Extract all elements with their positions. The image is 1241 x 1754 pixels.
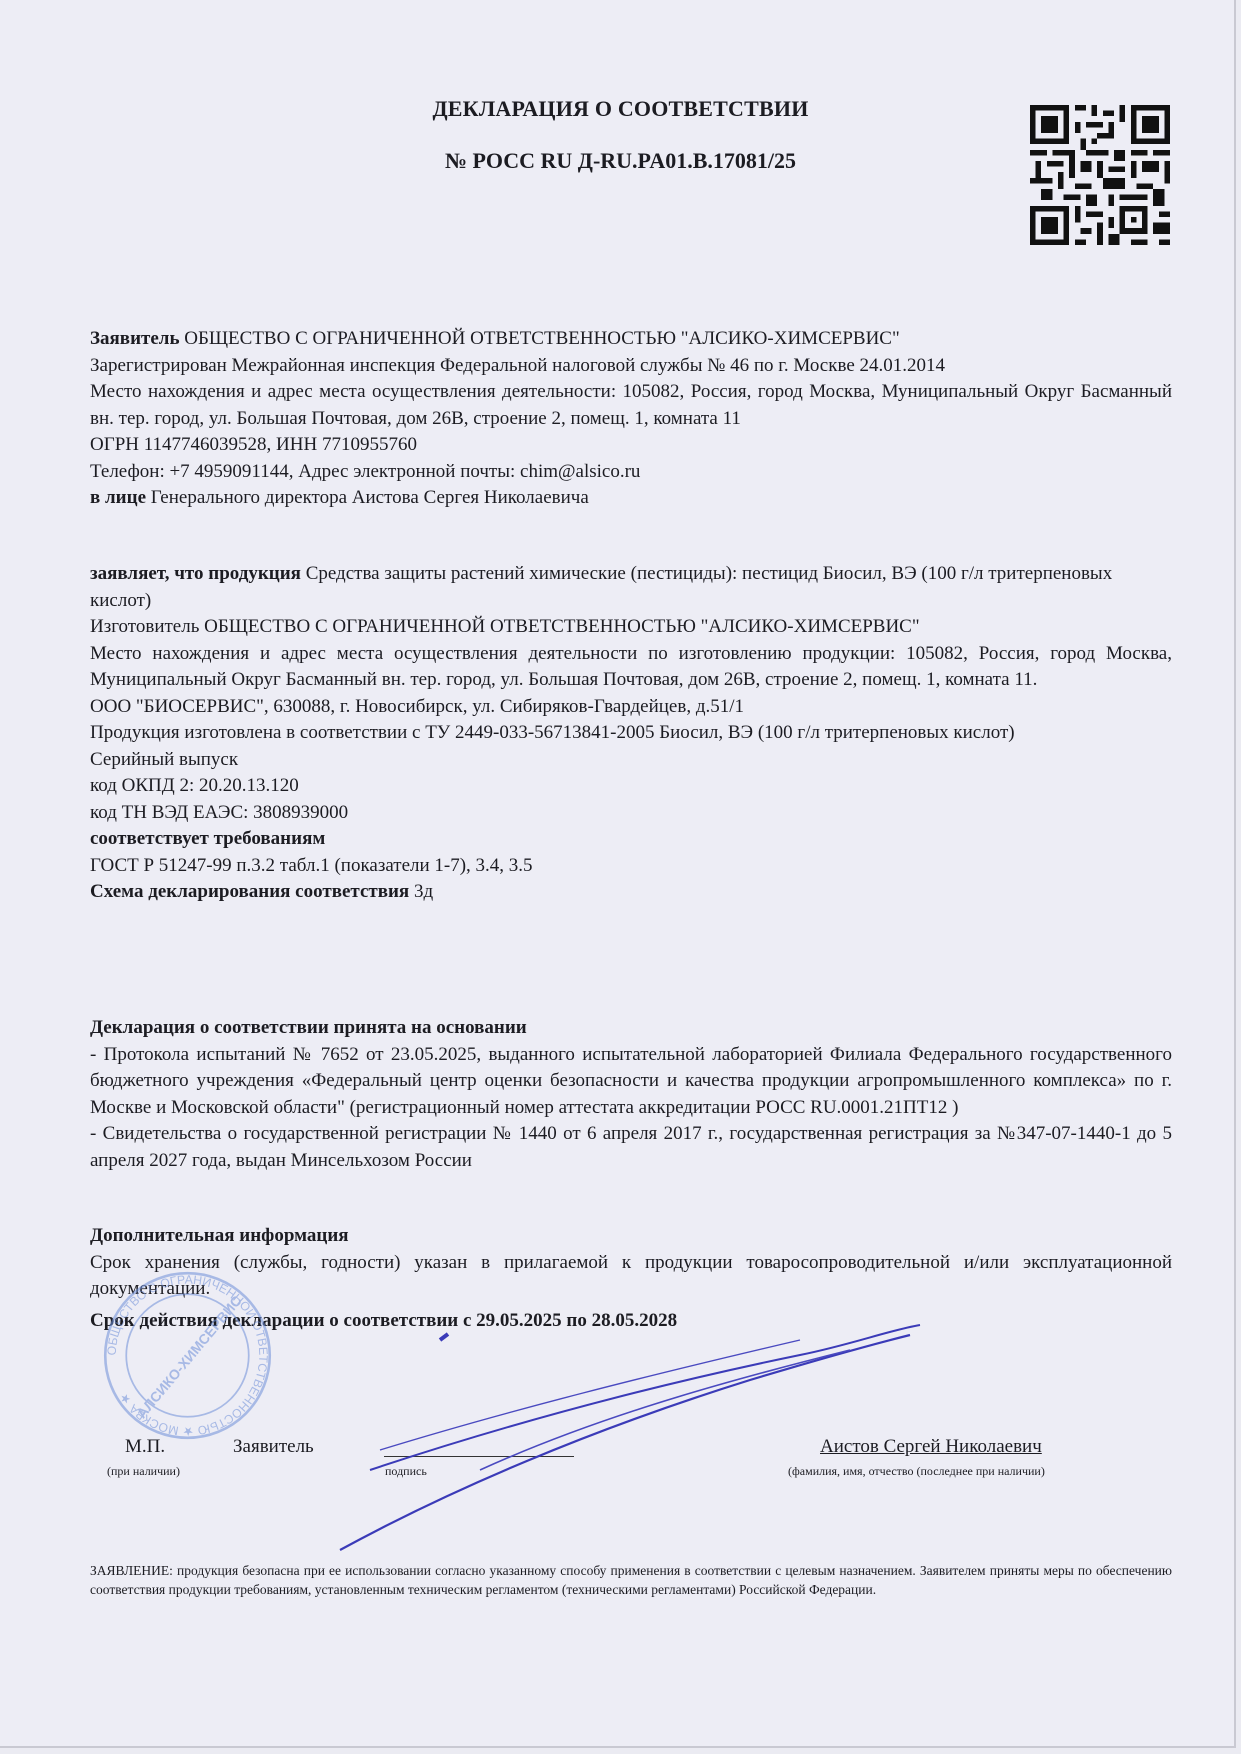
applicant-registration: Зарегистрирован Межрайонная инспекция Фе… (90, 353, 1172, 380)
tnved-code: код ТН ВЭД ЕАЭС: 3808939000 (90, 800, 1172, 827)
applicant-name: ОБЩЕСТВО С ОГРАНИЧЕННОЙ ОТВЕТСТВЕННОСТЬЮ… (180, 328, 900, 349)
basis-registration-certificate: - Свидетельства о государственной регист… (90, 1121, 1172, 1174)
complies-label: соответствует требованиям (90, 826, 1172, 853)
basis-section: Декларация о соответствии принята на осн… (90, 1015, 1172, 1174)
seal-note: (при наличии) (107, 1464, 180, 1479)
additional-info-heading: Дополнительная информация (90, 1223, 1172, 1250)
basis-heading: Декларация о соответствии принята на осн… (90, 1015, 1172, 1042)
manufacturer: Изготовитель ОБЩЕСТВО С ОГРАНИЧЕННОЙ ОТВ… (90, 614, 1172, 641)
applicant-contacts: Телефон: +7 4959091144, Адрес электронно… (90, 459, 1172, 486)
applicant-label: Заявитель (90, 328, 180, 349)
product-label: заявляет, что продукция (90, 563, 301, 584)
applicant-ids: ОГРН 1147746039528, ИНН 7710955760 (90, 432, 1172, 459)
seal-label: М.П. (125, 1436, 165, 1458)
release-type: Серийный выпуск (90, 747, 1172, 774)
okpd-code: код ОКПД 2: 20.20.13.120 (90, 773, 1172, 800)
scheme-value: 3д (409, 881, 433, 902)
applicant-address: Место нахождения и адрес места осуществл… (90, 379, 1172, 432)
safety-statement: ЗАЯВЛЕНИЕ: продукция безопасна при ее ис… (90, 1562, 1172, 1599)
representative-label: в лице (90, 487, 146, 508)
basis-test-protocol: - Протокола испытаний № 7652 от 23.05.20… (90, 1042, 1172, 1122)
signer-role: Заявитель (233, 1436, 314, 1458)
technical-conditions: Продукция изготовлена в соответствии с Т… (90, 720, 1172, 747)
representative-name: Генерального директора Аистова Сергея Ни… (146, 487, 589, 508)
handwritten-signature-icon (330, 1300, 930, 1580)
scheme-label: Схема декларирования соответствия (90, 881, 409, 902)
second-production-site: ООО "БИОСЕРВИС", 630088, г. Новосибирск,… (90, 694, 1172, 721)
qr-code-icon (1030, 105, 1170, 245)
company-stamp-icon: ОБЩЕСТВО С ОГРАНИЧЕННОЙ ОТВЕТСТВЕННОСТЬЮ… (100, 1268, 275, 1443)
document-page: ДЕКЛАРАЦИЯ О СООТВЕТСТВИИ № РОСС RU Д-RU… (0, 0, 1236, 1748)
standard-requirements: ГОСТ Р 51247-99 п.3.2 табл.1 (показатели… (90, 853, 1172, 880)
applicant-section: Заявитель ОБЩЕСТВО С ОГРАНИЧЕННОЙ ОТВЕТС… (90, 326, 1172, 512)
product-section: заявляет, что продукция Средства защиты … (90, 561, 1172, 906)
manufacturer-address: Место нахождения и адрес места осуществл… (90, 641, 1172, 694)
